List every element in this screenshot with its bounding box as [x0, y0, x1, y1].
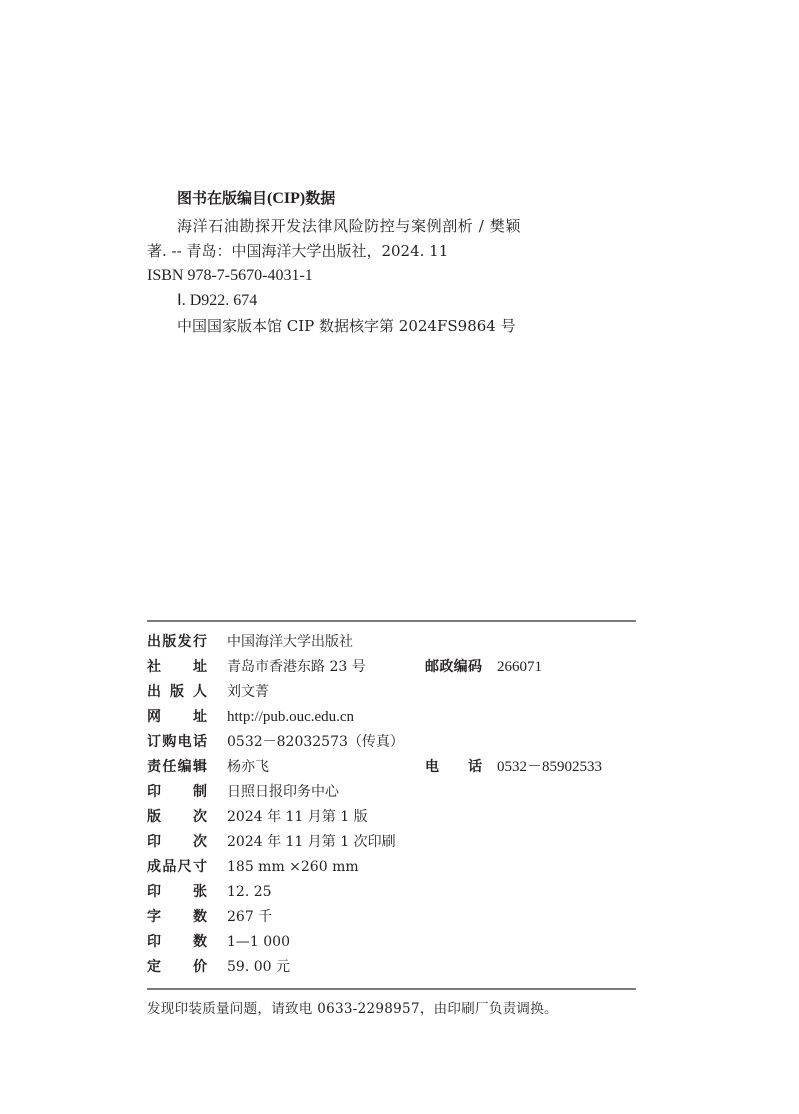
- colophon-label-secondary: 电话: [425, 756, 482, 778]
- colophon-row-size: 成品尺寸 185 mm ×260 mm: [147, 856, 636, 881]
- colophon-value: 刘文菁: [227, 681, 269, 703]
- colophon-label: 印制: [147, 781, 207, 803]
- colophon-value: 青岛市香港东路 23 号: [227, 656, 366, 678]
- colophon-value: 杨亦飞: [227, 756, 269, 778]
- colophon-label: 社址: [147, 656, 207, 678]
- colophon-label: 印数: [147, 931, 207, 953]
- colophon-row-edition: 版次 2024 年 11 月第 1 版: [147, 806, 636, 831]
- divider-bottom: [147, 988, 636, 990]
- colophon-row-order-phone: 订购电话 0532－82032573（传真）: [147, 731, 636, 756]
- colophon-row-price: 定价 59. 00 元: [147, 956, 636, 981]
- colophon-label: 定价: [147, 956, 207, 978]
- colophon-row-editor: 责任编辑 杨亦飞 电话 0532－85902533: [147, 756, 636, 781]
- colophon-row-word-count: 字数 267 千: [147, 906, 636, 931]
- colophon-value-secondary: 0532－85902533: [497, 756, 602, 778]
- colophon-row-sheets: 印张 12. 25: [147, 881, 636, 906]
- colophon-label: 印次: [147, 831, 207, 853]
- cip-title-latin: (CIP): [267, 190, 305, 207]
- colophon-value: 185 mm ×260 mm: [227, 856, 359, 878]
- colophon-label: 出版发行: [147, 631, 207, 653]
- colophon-value: 12. 25: [227, 881, 272, 903]
- colophon-row-print-run: 印数 1—1 000: [147, 931, 636, 956]
- colophon-row-publisher: 出版发行 中国海洋大学出版社: [147, 631, 636, 656]
- colophon-value: 2024 年 11 月第 1 版: [227, 806, 368, 828]
- colophon-label: 网址: [147, 706, 207, 728]
- colophon-value-secondary: 266071: [497, 656, 542, 678]
- cip-title: 图书在版编目(CIP)数据: [177, 188, 335, 209]
- colophon-label: 版次: [147, 806, 207, 828]
- colophon-label: 出版人: [147, 681, 207, 703]
- colophon-value: 1—1 000: [227, 931, 290, 953]
- colophon-row-address: 社址 青岛市香港东路 23 号 邮政编码 266071: [147, 656, 636, 681]
- colophon-label-secondary: 邮政编码: [425, 656, 482, 678]
- colophon-value: 日照日报印务中心: [227, 781, 339, 803]
- colophon-label: 责任编辑: [147, 756, 207, 778]
- colophon-value: 0532－82032573（传真）: [227, 731, 404, 753]
- colophon-label: 印张: [147, 881, 207, 903]
- cip-description-line1: 海洋石油勘探开发法律风险防控与案例剖析 / 樊颖: [177, 216, 521, 236]
- quality-notice: 发现印装质量问题，请致电 0633-2298957，由印刷厂负责调换。: [147, 999, 558, 1019]
- divider-top: [147, 620, 636, 622]
- colophon-row-publisher-person: 出版人 刘文菁: [147, 681, 636, 706]
- cip-cn-record: 中国国家版本馆 CIP 数据核字第 2024FS9864 号: [177, 316, 516, 336]
- cip-isbn: ISBN 978-7-5670-4031-1: [147, 266, 313, 286]
- cip-title-suffix: 数据: [305, 189, 335, 207]
- colophon-row-website: 网址 http://pub.ouc.edu.cn: [147, 706, 636, 731]
- colophon-value: 267 千: [227, 906, 272, 928]
- colophon-value: 2024 年 11 月第 1 次印刷: [227, 831, 396, 853]
- cip-description-line2: 著. -- 青岛：中国海洋大学出版社，2024. 11: [147, 241, 448, 261]
- colophon-value-link: http://pub.ouc.edu.cn: [227, 706, 354, 728]
- colophon-row-printing: 印次 2024 年 11 月第 1 次印刷: [147, 831, 636, 856]
- colophon-value: 59. 00 元: [227, 956, 290, 978]
- colophon-label: 订购电话: [147, 731, 207, 753]
- colophon-label: 成品尺寸: [147, 856, 207, 878]
- cip-title-prefix: 图书在版编目: [177, 189, 267, 207]
- colophon-table: 出版发行 中国海洋大学出版社 社址 青岛市香港东路 23 号 邮政编码 2660…: [147, 631, 636, 981]
- colophon-value: 中国海洋大学出版社: [227, 631, 353, 653]
- cip-classification: Ⅰ. D922. 674: [177, 291, 257, 311]
- colophon-label: 字数: [147, 906, 207, 928]
- colophon-row-printer: 印制 日照日报印务中心: [147, 781, 636, 806]
